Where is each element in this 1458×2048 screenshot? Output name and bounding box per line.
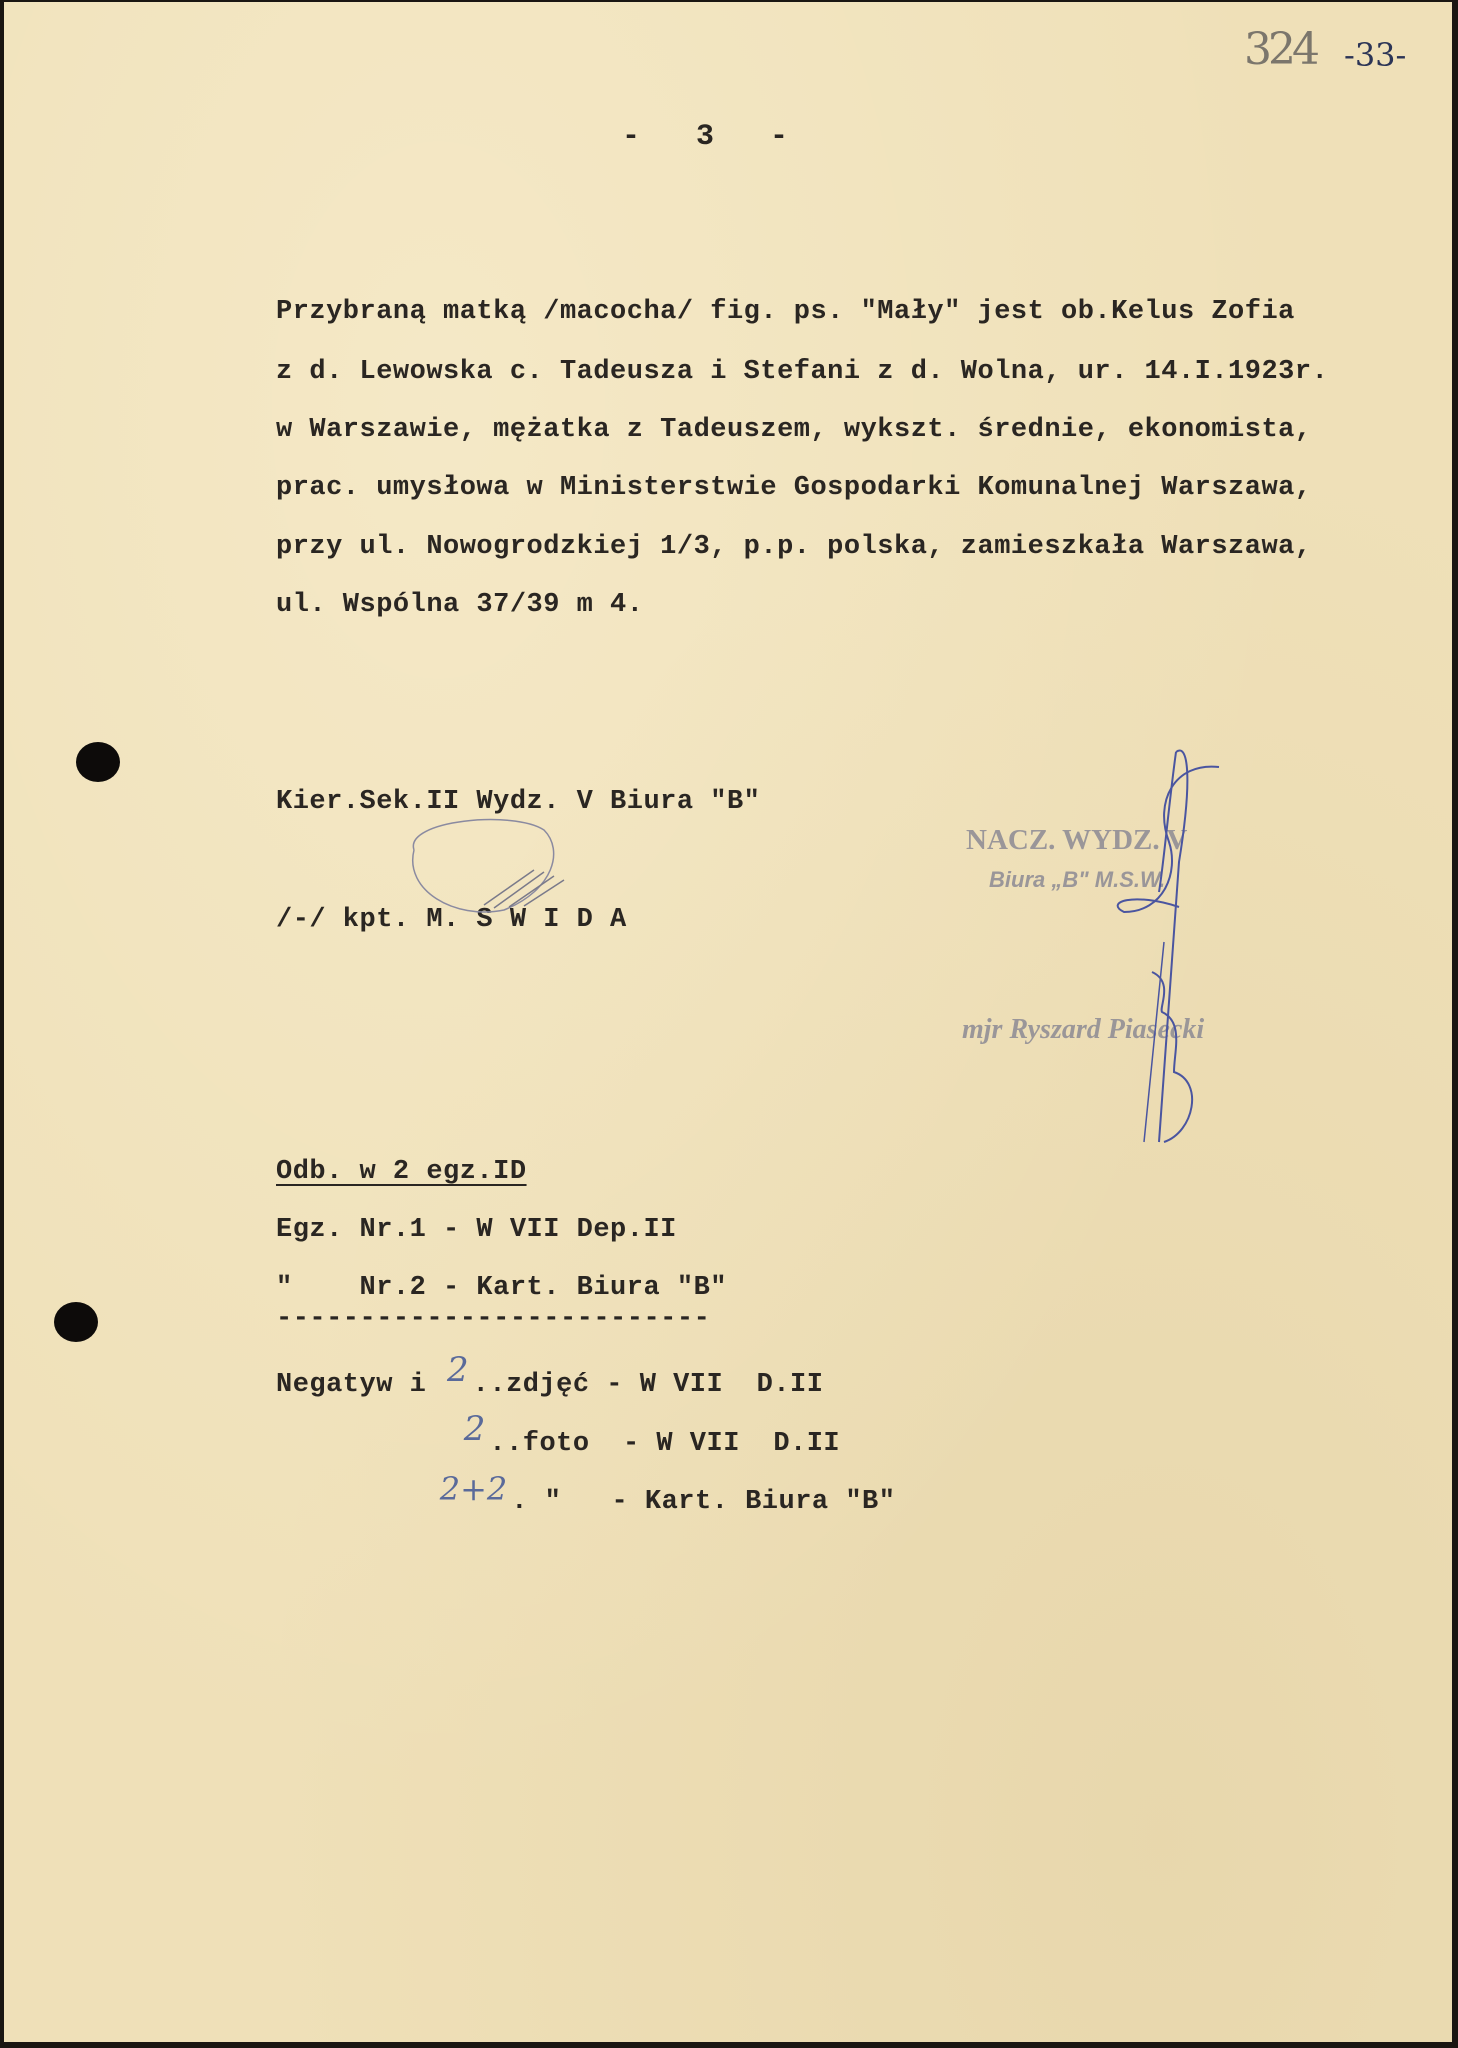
distribution-row: " Nr.2 - Kart. Biura "B" xyxy=(276,1273,727,1303)
handwritten-signature-left xyxy=(394,810,654,930)
distribution-row: Egz. Nr.1 - W VII Dep.II xyxy=(276,1215,677,1245)
distribution-header: Odb. w 2 egz.ID xyxy=(276,1157,527,1187)
page-number: - 3 - xyxy=(622,120,789,154)
attachment-row: Negatyw i 2 ..zdjęć - W VII D.II xyxy=(276,1360,823,1400)
body-line: ul. Wspólna 37/39 m 4. xyxy=(276,590,643,620)
body-line: prac. umysłowa w Ministerstwie Gospodark… xyxy=(276,473,1312,503)
distribution-separator: -------------------------- xyxy=(276,1304,710,1334)
body-line: z d. Lewowska c. Tadeusza i Stefani z d.… xyxy=(276,357,1328,387)
body-line: przy ul. Nowogrodzkiej 1/3, p.p. polska,… xyxy=(276,532,1312,562)
attachment-prefix xyxy=(276,1487,460,1517)
handwritten-count: 2 xyxy=(464,1409,486,1449)
handwritten-count: 2 xyxy=(447,1350,469,1390)
attachment-text: ..foto - W VII D.II xyxy=(489,1429,840,1459)
attachment-text: ..zdjęć - W VII D.II xyxy=(473,1370,824,1400)
attachment-row: 2 ..foto - W VII D.II xyxy=(276,1419,840,1459)
punch-hole xyxy=(54,1302,98,1342)
body-line: w Warszawie, mężatka z Tadeuszem, wykszt… xyxy=(276,415,1312,445)
folio-ink-number: -33- xyxy=(1344,36,1406,74)
folio-pencil-number: 324 xyxy=(1244,24,1316,75)
document-page: 324 -33- - 3 - Przybraną matką /macocha/… xyxy=(4,2,1452,2042)
attachment-prefix xyxy=(276,1429,460,1459)
attachment-row: 2+2 . " - Kart. Biura "B" xyxy=(276,1478,895,1517)
attachment-text: . " - Kart. Biura "B" xyxy=(511,1487,895,1517)
handwritten-count: 2+2 xyxy=(440,1470,508,1508)
body-line: Przybraną matką /macocha/ fig. ps. "Mały… xyxy=(276,297,1295,327)
punch-hole xyxy=(76,742,120,782)
attachment-prefix: Negatyw i xyxy=(276,1370,443,1400)
handwritten-signature-right xyxy=(1064,742,1264,1142)
